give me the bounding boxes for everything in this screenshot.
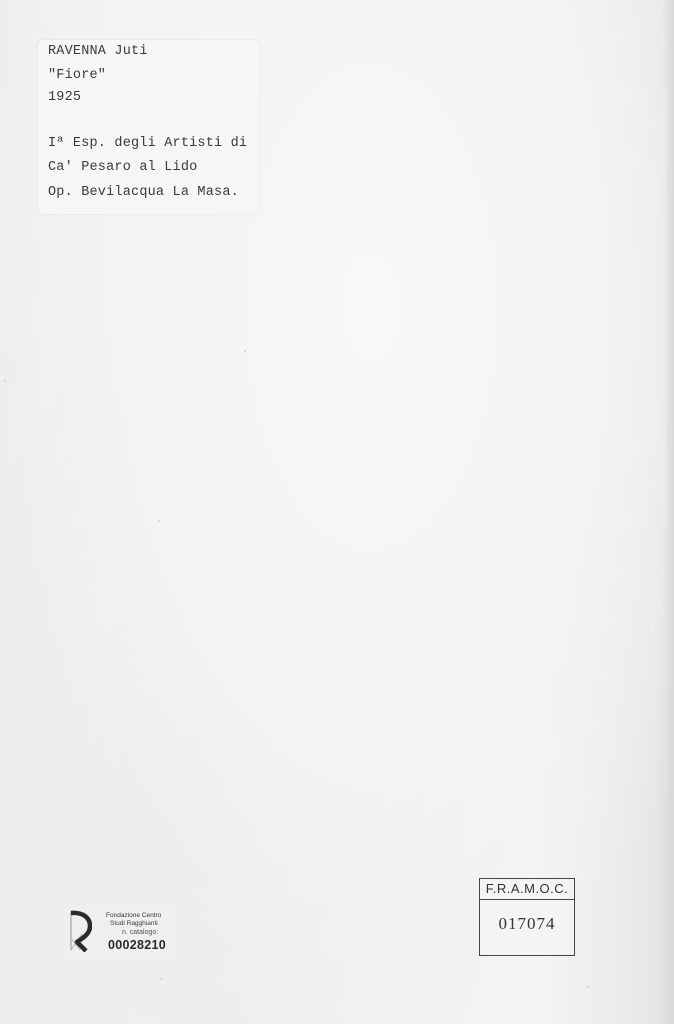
stamp-org-line1: Fondazione Centro — [106, 912, 161, 919]
framoc-number: 017074 — [480, 900, 574, 948]
paper-speck — [587, 986, 589, 988]
label-title: "Fiore" — [48, 68, 106, 83]
label-artist: RAVENNA Juti — [48, 44, 148, 59]
ragghianti-r-logo-icon — [68, 908, 92, 952]
paper-speck — [4, 380, 6, 382]
catalog-label: n. catalogo: — [122, 929, 158, 936]
fondazione-ragghianti-stamp: Fondazione Centro Studi Ragghianti n. ca… — [64, 903, 174, 959]
framoc-stamp: F.R.A.M.O.C. 017074 — [479, 878, 575, 956]
catalog-number: 00028210 — [108, 938, 166, 952]
label-exhibition-line1: Iª Esp. degli Artisti di — [48, 136, 247, 151]
paper-speck — [158, 520, 160, 522]
photo-back-sheet: RAVENNA Juti "Fiore" 1925 Iª Esp. degli … — [0, 0, 674, 1024]
label-exhibition-line2: Ca' Pesaro al Lido — [48, 160, 197, 175]
label-exhibition-line3: Op. Bevilacqua La Masa. — [48, 185, 239, 200]
paper-speck — [244, 350, 246, 352]
label-year: 1925 — [48, 90, 81, 105]
stamp-org-line2: Studi Ragghianti — [110, 920, 158, 927]
paper-speck — [160, 978, 162, 980]
framoc-header: F.R.A.M.O.C. — [480, 879, 574, 900]
typed-label-card: RAVENNA Juti "Fiore" 1925 Iª Esp. degli … — [38, 40, 260, 214]
